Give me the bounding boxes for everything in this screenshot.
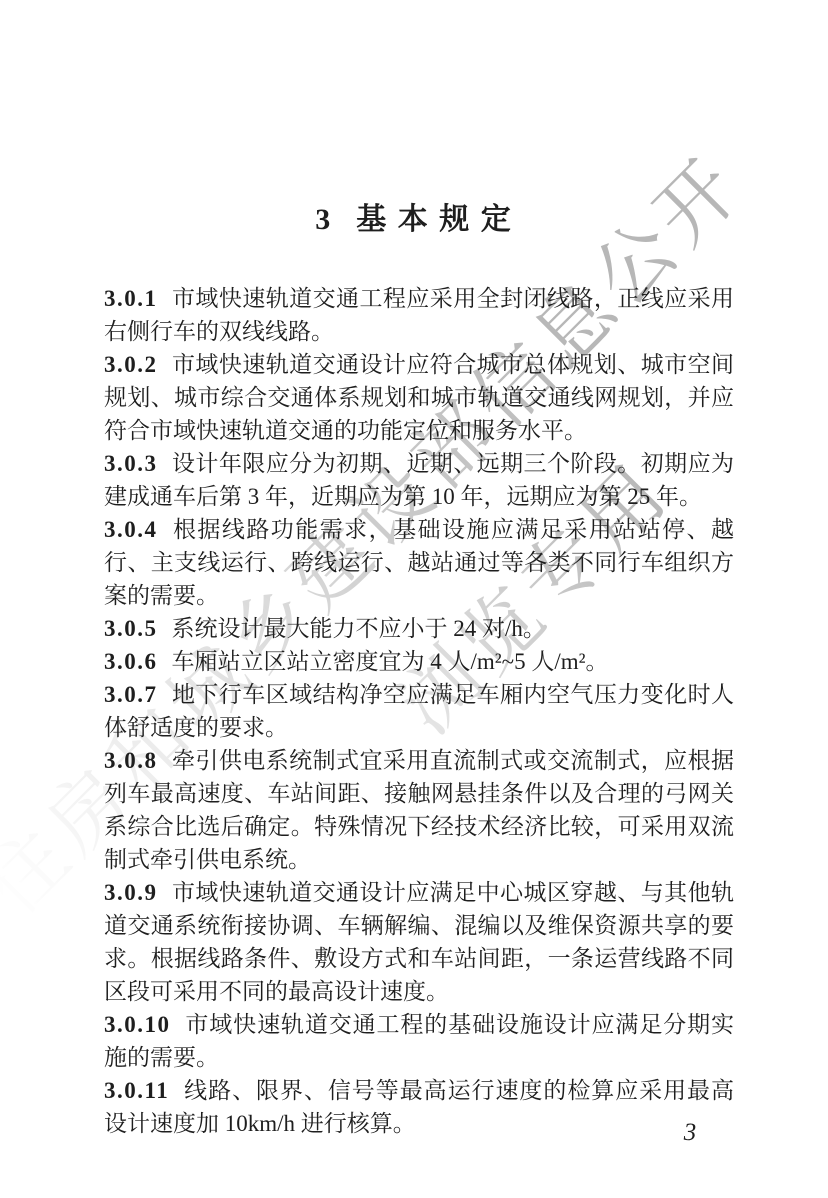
clause-text: 市域快速轨道交通设计应满足中心城区穿越、与其他轨道交通系统衔接协调、车辆解编、混… bbox=[104, 880, 734, 1004]
clause-3-0-3: 3.0.3设计年限应分为初期、近期、远期三个阶段。初期应为建成通车后第 3 年，… bbox=[104, 447, 734, 513]
clause-3-0-10: 3.0.10市域快速轨道交通工程的基础设施设计应满足分期实施的需要。 bbox=[104, 1008, 734, 1074]
clause-3-0-4: 3.0.4根据线路功能需求，基础设施应满足采用站站停、越行、主支线运行、跨线运行… bbox=[104, 513, 734, 612]
clause-3-0-11: 3.0.11线路、限界、信号等最高运行速度的检算应采用最高设计速度加 10km/… bbox=[104, 1074, 734, 1140]
clause-number: 3.0.3 bbox=[104, 451, 172, 476]
clause-list: 3.0.1市域快速轨道交通工程应采用全封闭线路，正线应采用右侧行车的双线线路。 … bbox=[104, 282, 734, 1140]
clause-text: 线路、限界、信号等最高运行速度的检算应采用最高设计速度加 10km/h 进行核算… bbox=[104, 1078, 734, 1136]
clause-number: 3.0.9 bbox=[104, 880, 172, 905]
chapter-title: 基 本 规 定 bbox=[356, 203, 513, 236]
chapter-number: 3 bbox=[315, 203, 330, 236]
clause-3-0-2: 3.0.2市域快速轨道交通设计应符合城市总体规划、城市空间规划、城市综合交通体系… bbox=[104, 348, 734, 447]
clause-text: 车厢站立区站立密度宜为 4 人/m²~5 人/m²。 bbox=[172, 649, 609, 674]
clause-number: 3.0.7 bbox=[104, 682, 172, 707]
clause-number: 3.0.11 bbox=[104, 1078, 183, 1103]
clause-number: 3.0.6 bbox=[104, 649, 172, 674]
clause-text: 系统设计最大能力不应小于 24 对/h。 bbox=[172, 616, 546, 641]
document-page: 住房和城乡建设部信息公开 浏览专用 3基 本 规 定 3.0.1市域快速轨道交通… bbox=[0, 0, 828, 1198]
clause-number: 3.0.5 bbox=[104, 616, 172, 641]
clause-text: 设计年限应分为初期、近期、远期三个阶段。初期应为建成通车后第 3 年，近期应为第… bbox=[104, 451, 734, 509]
clause-number: 3.0.2 bbox=[104, 352, 172, 377]
clause-number: 3.0.1 bbox=[104, 286, 172, 311]
clause-number: 3.0.8 bbox=[104, 748, 172, 773]
clause-3-0-8: 3.0.8牵引供电系统制式宜采用直流制式或交流制式，应根据列车最高速度、车站间距… bbox=[104, 744, 734, 876]
clause-3-0-7: 3.0.7地下行车区域结构净空应满足车厢内空气压力变化时人体舒适度的要求。 bbox=[104, 678, 734, 744]
clause-text: 市域快速轨道交通工程的基础设施设计应满足分期实施的需要。 bbox=[104, 1012, 734, 1070]
clause-text: 市域快速轨道交通设计应符合城市总体规划、城市空间规划、城市综合交通体系规划和城市… bbox=[104, 352, 734, 443]
clause-text: 牵引供电系统制式宜采用直流制式或交流制式，应根据列车最高速度、车站间距、接触网悬… bbox=[104, 748, 734, 872]
clause-text: 地下行车区域结构净空应满足车厢内空气压力变化时人体舒适度的要求。 bbox=[104, 682, 734, 740]
page-content: 3基 本 规 定 3.0.1市域快速轨道交通工程应采用全封闭线路，正线应采用右侧… bbox=[0, 0, 828, 1198]
clause-number: 3.0.10 bbox=[104, 1012, 185, 1037]
clause-3-0-5: 3.0.5系统设计最大能力不应小于 24 对/h。 bbox=[104, 612, 734, 645]
clause-3-0-6: 3.0.6车厢站立区站立密度宜为 4 人/m²~5 人/m²。 bbox=[104, 645, 734, 678]
page-number: 3 bbox=[660, 1116, 720, 1150]
clause-3-0-9: 3.0.9市域快速轨道交通设计应满足中心城区穿越、与其他轨道交通系统衔接协调、车… bbox=[104, 876, 734, 1008]
clause-text: 市域快速轨道交通工程应采用全封闭线路，正线应采用右侧行车的双线线路。 bbox=[104, 286, 734, 344]
clause-text: 根据线路功能需求，基础设施应满足采用站站停、越行、主支线运行、跨线运行、越站通过… bbox=[104, 517, 734, 608]
clause-number: 3.0.4 bbox=[104, 517, 172, 542]
clause-3-0-1: 3.0.1市域快速轨道交通工程应采用全封闭线路，正线应采用右侧行车的双线线路。 bbox=[104, 282, 734, 348]
chapter-heading: 3基 本 规 定 bbox=[0, 200, 828, 240]
